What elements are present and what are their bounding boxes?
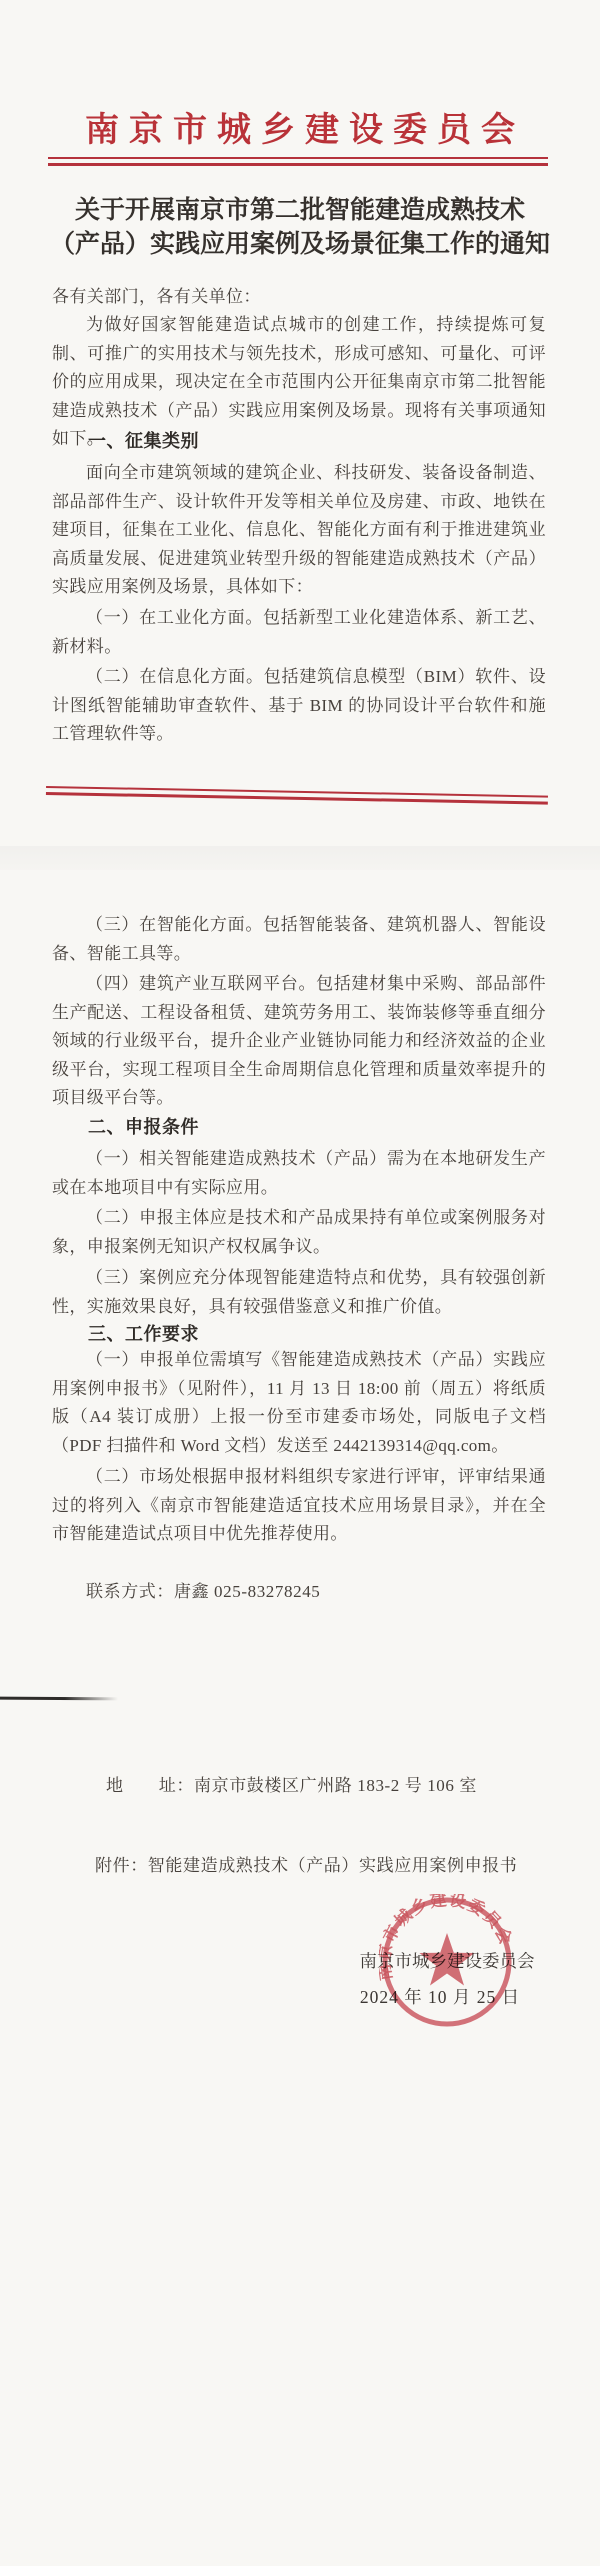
attachment-line: 附件：智能建造成熟技术（产品）实践应用案例申报书 [95, 1851, 565, 1876]
section3-item2: （二）市场处根据申报材料组织专家进行评审，评审结果通过的将列入《南京市智能建造适… [52, 1463, 546, 1549]
section2-heading: 二、申报条件 [52, 1113, 546, 1141]
contact-info: 联系方式：唐鑫 025-83278245 [52, 1577, 546, 1602]
letterhead-double-rule [48, 157, 548, 166]
section3-heading: 三、工作要求 [52, 1320, 546, 1348]
letterhead-org-name: 南京市城乡建设委员会 [0, 102, 600, 151]
section2-item2: （二）申报主体应是技术和产品成果持有单位或案例服务对象，申报案例无知识产权权属争… [52, 1204, 546, 1261]
signature-org: 南京市城乡建设委员会 [297, 1948, 597, 1973]
section3-item1: （一）申报单位需填写《智能建造成熟技术（产品）实践应用案例申报书》（见附件），1… [52, 1346, 546, 1460]
section1-item4: （四）建筑产业互联网平台。包括建材集中采购、部品部件生产配送、工程设备租赁、建筑… [52, 970, 546, 1113]
document-title-line1: 关于开展南京市第二批智能建造成熟技术 [30, 194, 570, 228]
section1-intro: 面向全市建筑领域的建筑企业、科技研发、装备设备制造、部品部件生产、设计软件开发等… [52, 459, 546, 602]
page-break-mark [0, 1697, 118, 1700]
section2-item3: （三）案例应充分体现智能建造特点和优势，具有较强创新性，实施效果良好，具有较强借… [52, 1264, 546, 1321]
section1-item1: （一）在工业化方面。包括新型工业化建造体系、新工艺、新材料。 [52, 604, 546, 661]
address-line: 地 址：南京市鼓楼区广州路 183-2 号 106 室 [106, 1771, 566, 1796]
salutation: 各有关部门，各有关单位： [52, 283, 546, 312]
page-joint-shading [0, 846, 600, 870]
signature-date: 2024 年 10 月 25 日 [290, 1984, 590, 2009]
document-title: 关于开展南京市第二批智能建造成熟技术 （产品）实践应用案例及场景征集工作的通知 [30, 194, 570, 262]
page1-footer-double-rule [46, 786, 548, 805]
document-title-line2: （产品）实践应用案例及场景征集工作的通知 [30, 228, 570, 262]
section1-heading: 一、征集类别 [52, 427, 546, 455]
section1-item3: （三）在智能化方面。包括智能装备、建筑机器人、智能设备、智能工具等。 [52, 911, 546, 968]
section2-item1: （一）相关智能建造成熟技术（产品）需为在本地研发生产或在本地项目中有实际应用。 [52, 1145, 546, 1202]
scanned-notice-document: 南京市城乡建设委员会 关于开展南京市第二批智能建造成熟技术 （产品）实践应用案例… [0, 0, 600, 2566]
section1-item2: （二）在信息化方面。包括建筑信息模型（BIM）软件、设计图纸智能辅助审查软件、基… [52, 663, 546, 749]
